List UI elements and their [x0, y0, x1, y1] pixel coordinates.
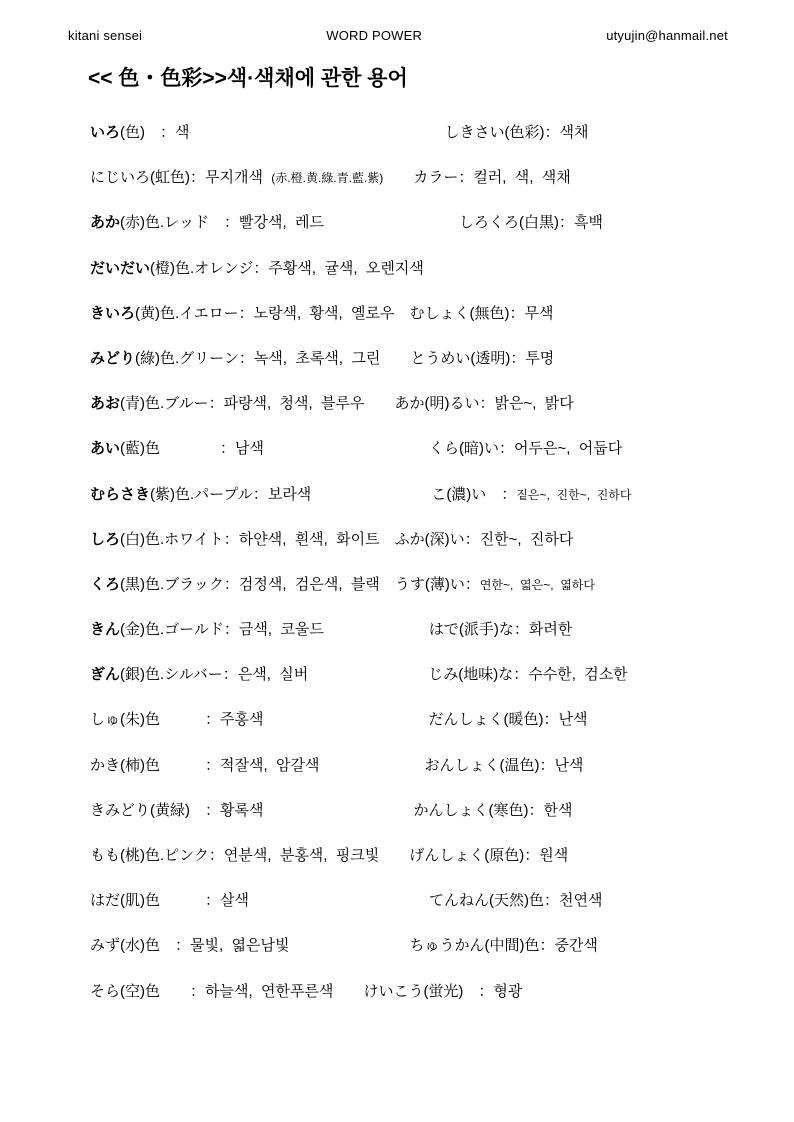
entry-text: [383, 169, 413, 186]
header-doc-title: WORD POWER: [326, 28, 422, 43]
entry-text: (紫)色.パープル：보라색: [150, 486, 311, 503]
entry-text: しゅ(朱)色 ：주홍색: [90, 711, 263, 728]
entry-text: (綠)色.グリーン：녹색, 초록색, 그린: [135, 350, 380, 367]
entry-text: おんしょく(温色)：난색: [424, 757, 583, 774]
entry-text: そら(空)色 ：하늘색, 연한푸른색: [90, 983, 333, 1000]
entry-text: みず(水)色 ：물빛, 엷은남빛: [90, 937, 289, 954]
entry-text: うす(薄)い：: [395, 576, 480, 593]
entry-text: だんしょく(暖色)：난색: [428, 711, 587, 728]
entry-text: (銀)色.シルバー：은색, 실버: [120, 666, 308, 683]
entry-text: [190, 124, 445, 141]
vocab-row: そら(空)色 ：하늘색, 연한푸른색 けいこう(蛍光) ：형광: [90, 969, 774, 1014]
entry-text: [311, 486, 431, 503]
vocab-row: あか(赤)色.レッド ：빨강색, 레드 しろくろ(白黒)：흑백: [90, 200, 774, 245]
entry-text: [263, 711, 428, 728]
document-page: kitani sensei WORD POWER utyujin@hanmail…: [0, 0, 794, 1122]
entry-text: とうめい(透明)：투명: [410, 350, 554, 367]
headword: いろ: [90, 124, 120, 141]
entry-text: (金)色.ゴールド：금색, 코울드: [120, 621, 324, 638]
entry-text: もも(桃)色.ピンク：연분색, 분홍색, 핑크빛: [90, 847, 379, 864]
small-text: (赤.橙.黄.綠.青.藍.紫): [271, 171, 383, 185]
vocab-row: くろ(黒)色.ブラック：검정색, 검은색, 블랙 うす(薄)い：연한~, 엷은~…: [90, 562, 774, 607]
entry-text: (青)色.ブルー：파랑색, 청색, 블루우: [120, 395, 364, 412]
entry-text: はだ(肌)色 ：살색: [90, 892, 249, 909]
headword: ぎん: [90, 666, 120, 683]
vocab-row: かき(柿)色 ：적잘색, 암갈색 おんしょく(温色)：난색: [90, 743, 774, 788]
vocab-row: いろ(色) ：색 しきさい(色彩)：색채: [90, 110, 774, 155]
headword: むらさき: [90, 486, 150, 503]
entry-text: むしょく(無色)：무색: [410, 305, 554, 322]
headword: きん: [90, 621, 120, 638]
entry-text: [249, 892, 429, 909]
entry-text: きみどり(黄緑) ：황록색: [90, 802, 263, 819]
small-text: 짙은~, 진한~, 진하다: [516, 488, 631, 502]
vocab-row: ぎん(銀)色.シルバー：은색, 실버 じみ(地味)な：수수한, 검소한: [90, 652, 774, 697]
vocab-list: いろ(色) ：색 しきさい(色彩)：색채にじいろ(虹色)：무지개색 (赤.橙.黄…: [90, 110, 774, 1014]
entry-text: [379, 847, 409, 864]
entry-text: [263, 802, 413, 819]
entry-text: てんねん(天然)色：천연색: [429, 892, 602, 909]
entry-text: [324, 621, 429, 638]
vocab-row: しろ(白)色.ホワイト：하얀색, 흰색, 화이트 ふか(深)い：진한~, 진하다: [90, 517, 774, 562]
vocab-row: みどり(綠)色.グリーン：녹색, 초록색, 그린 とうめい(透明)：투명: [90, 336, 774, 381]
entry-text: ふか(深)い：진한~, 진하다: [395, 531, 574, 548]
vocab-row: みず(水)色 ：물빛, 엷은남빛 ちゅうかん(中間)色：중간색: [90, 923, 774, 968]
entry-text: かき(柿)色 ：적잘색, 암갈색: [90, 757, 319, 774]
vocab-row: はだ(肌)色 ：살색 てんねん(天然)色：천연색: [90, 878, 774, 923]
entry-text: [380, 576, 395, 593]
entry-text: ちゅうかん(中間)色：중간색: [409, 937, 597, 954]
page-header: kitani sensei WORD POWER utyujin@hanmail…: [68, 28, 728, 43]
entry-text: (白)色.ホワイト：하얀색, 흰색, 화이트: [120, 531, 380, 548]
entry-text: [324, 214, 459, 231]
vocab-row: にじいろ(虹色)：무지개색 (赤.橙.黄.綠.青.藍.紫) カラー：컬러, 색,…: [90, 155, 774, 200]
entry-text: はで(派手)な：화려한: [429, 621, 572, 638]
entry-text: しきさい(色彩)：색채: [445, 124, 589, 141]
entry-text: [365, 395, 395, 412]
headword: きいろ: [90, 305, 135, 322]
entry-text: [380, 350, 410, 367]
entry-text: [264, 440, 429, 457]
vocab-row: きみどり(黄緑) ：황록색 かんしょく(寒色)：한색: [90, 788, 774, 833]
entry-text: じみ(地味)な：수수한, 검소한: [428, 666, 627, 683]
page-title: << 色・色彩>>색·색채에 관한 용어: [88, 62, 408, 92]
entry-text: [308, 666, 428, 683]
entry-text: [380, 531, 395, 548]
header-author: kitani sensei: [68, 28, 142, 43]
entry-text: [319, 757, 424, 774]
entry-text: (赤)色.レッド ：빨강색, 레드: [120, 214, 324, 231]
headword: みどり: [90, 350, 135, 367]
entry-text: げんしょく(原色)：원색: [409, 847, 568, 864]
entry-text: カラー：컬러, 색, 색채: [413, 169, 570, 186]
vocab-row: きん(金)色.ゴールド：금색, 코울드 はで(派手)な：화려한: [90, 607, 774, 652]
vocab-row: きいろ(黄)色.イエロー：노랑색, 황색, 옐로우 むしょく(無色)：무색: [90, 291, 774, 336]
headword: くろ: [90, 576, 120, 593]
small-text: 연한~, 엷은~, 엷하다: [480, 578, 595, 592]
vocab-row: あお(青)色.ブルー：파랑색, 청색, 블루우 あか(明)るい：밝은~, 밝다: [90, 381, 774, 426]
headword: あか: [90, 214, 120, 231]
entry-text: けいこう(蛍光) ：형광: [363, 983, 522, 1000]
headword: あお: [90, 395, 120, 412]
entry-text: [333, 983, 363, 1000]
entry-text: こ(濃)い ：: [431, 486, 516, 503]
entry-text: (橙)色.オレンジ：주황색, 귤색, 오렌지색: [150, 260, 424, 277]
entry-text: [289, 937, 409, 954]
entry-text: しろくろ(白黒)：흑백: [459, 214, 603, 231]
entry-text: かんしょく(寒色)：한색: [413, 802, 572, 819]
vocab-row: しゅ(朱)色 ：주홍색 だんしょく(暖色)：난색: [90, 697, 774, 742]
headword: だいだい: [90, 260, 150, 277]
entry-text: くら(暗)い：어두은~, 어둡다: [429, 440, 622, 457]
entry-text: (色) ：색: [120, 124, 189, 141]
vocab-row: だいだい(橙)色.オレンジ：주황색, 귤색, 오렌지색: [90, 246, 774, 291]
entry-text: にじいろ(虹色)：무지개색: [90, 169, 271, 186]
vocab-row: もも(桃)色.ピンク：연분색, 분홍색, 핑크빛 げんしょく(原色)：원색: [90, 833, 774, 878]
header-email: utyujin@hanmail.net: [606, 28, 728, 43]
entry-text: (黒)色.ブラック：검정색, 검은색, 블랙: [120, 576, 380, 593]
entry-text: (藍)色 ：남색: [120, 440, 264, 457]
entry-text: (黄)色.イエロー：노랑색, 황색, 옐로우: [135, 305, 394, 322]
headword: あい: [90, 440, 120, 457]
entry-text: あか(明)るい：밝은~, 밝다: [395, 395, 574, 412]
vocab-row: あい(藍)色 ：남색 くら(暗)い：어두은~, 어둡다: [90, 426, 774, 471]
entry-text: [395, 305, 410, 322]
headword: しろ: [90, 531, 120, 548]
vocab-row: むらさき(紫)色.パープル：보라색 こ(濃)い ：짙은~, 진한~, 진하다: [90, 472, 774, 517]
